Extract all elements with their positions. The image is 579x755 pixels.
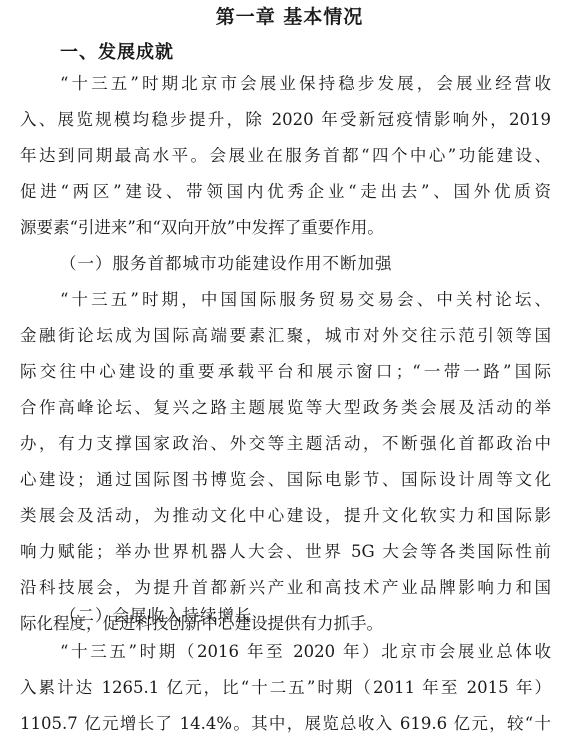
paragraph-line: 金融街论坛成为国际高端要素汇聚，城市对外交往示范引领等国 [20, 322, 551, 350]
chapter-title: 第一章 基本情况 [0, 4, 579, 30]
paragraph-line: 心建设；通过国际图书博览会、国际电影节、国际设计周等文化 [20, 466, 551, 494]
paragraph-line: 入累计达 1265.1 亿元，比“十二五”时期（2011 年至 2015 年） [20, 674, 551, 702]
paragraph-line: 1105.7 亿元增长了 14.4%。其中，展览总收入 619.6 亿元，较“十 [20, 710, 551, 738]
paragraph-line: 年达到同期最高水平。会展业在服务首都“四个中心”功能建设、 [20, 142, 551, 170]
section-title: 一、发展成就 [60, 40, 174, 66]
paragraph-line: 际交往中心建设的重要承载平台和展示窗口；“一带一路”国际 [20, 358, 551, 386]
paragraph-line: 合作高峰论坛、复兴之路主题展览等大型政务类会展及活动的举 [20, 394, 551, 422]
paragraph-line: 促进“两区”建设、带领国内优秀企业“走出去”、国外优质资 [20, 178, 551, 206]
paragraph-line: “十三五”时期（2016 年至 2020 年）北京市会展业总体收 [60, 638, 551, 666]
paragraph-line: 类展会及活动，为推动文化中心建设，提升文化软实力和国际影 [20, 502, 551, 530]
subsection-title: （一）服务首都城市功能建设作用不断加强 [60, 250, 393, 278]
subsection-title: （二）会展收入持续增长 [60, 602, 253, 630]
paragraph-line: 沿科技展会，为提升首都新兴产业和高技术产业品牌影响力和国 [20, 574, 551, 602]
paragraph-line: 源要素“引进来”和“双向开放”中发挥了重要作用。 [20, 214, 551, 242]
paragraph-line: “十三五”时期北京市会展业保持稳步发展，会展业经营收 [60, 70, 551, 98]
paragraph-line: 办，有力支撑国家政治、外交等主题活动，不断强化首都政治中 [20, 430, 551, 458]
paragraph-line: “十三五”时期，中国国际服务贸易交易会、中关村论坛、 [60, 286, 551, 314]
paragraph-line: 响力赋能；举办世界机器人大会、世界 5G 大会等各类国际性前 [20, 538, 551, 566]
paragraph-line: 入、展览规模均稳步提升，除 2020 年受新冠疫情影响外，2019 [20, 106, 551, 134]
document-page: 第一章 基本情况 一、发展成就 “十三五”时期北京市会展业保持稳步发展，会展业经… [0, 0, 579, 755]
